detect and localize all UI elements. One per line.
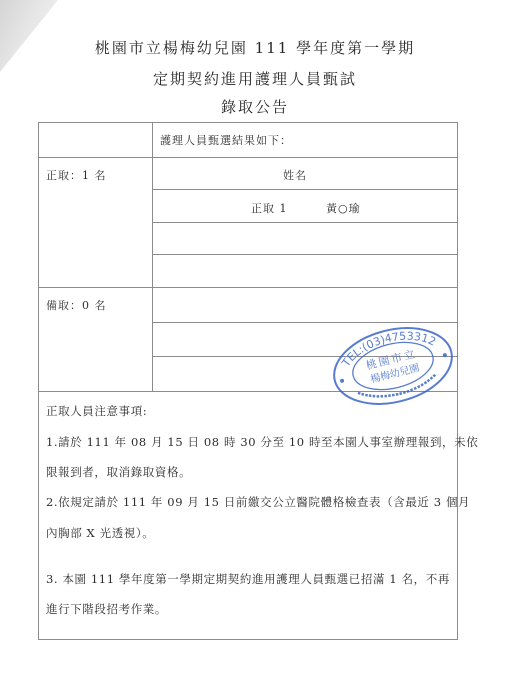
note-2-line1: 2.依規定請於 111 年 09 月 15 日前繳交公立醫院體格檢查表（含最近 …: [46, 494, 470, 510]
waitlist-count-label: 備取：0 名: [46, 297, 107, 313]
row-divider: [152, 322, 458, 323]
note-3-line1: 3. 本園 111 學年度第一學期定期契約進用護理人員甄選已招滿 1 名，不再: [46, 571, 450, 587]
name-column-header: 姓名: [283, 167, 307, 183]
row-divider: [38, 287, 458, 288]
row-divider: [152, 189, 458, 190]
announcement-heading: 錄取公告: [0, 96, 510, 117]
document-subtitle: 定期契約進用護理人員甄試: [0, 68, 510, 89]
notes-heading: 正取人員注意事項:: [46, 403, 147, 419]
note-1-line1: 1.請於 111 年 08 月 15 日 08 時 30 分至 10 時至本園人…: [46, 434, 478, 450]
row-divider: [152, 222, 458, 223]
page-fold-corner: [0, 0, 58, 72]
note-1-line2: 限報到者，取消錄取資格。: [46, 464, 191, 480]
note-3-line2: 進行下階段招考作業。: [46, 601, 167, 617]
column-divider: [152, 122, 153, 391]
row-divider: [152, 254, 458, 255]
admitted-name: 黃○瑜: [326, 200, 361, 216]
admitted-rank: 正取 1: [251, 200, 288, 216]
row-divider: [38, 157, 458, 158]
document-title: 桃園市立楊梅幼兒園 111 學年度第一學期: [0, 37, 510, 58]
note-2-line2: 內胸部 X 光透視）。: [46, 525, 154, 541]
results-intro: 護理人員甄選結果如下：: [160, 132, 292, 148]
admitted-count-label: 正取：1 名: [46, 167, 107, 183]
official-seal-stamp: TEL:(03)4753312 ▪▪▪▪▪▪▪▪▪▪▪▪▪▪▪▪▪▪▪▪▪▪ 桃…: [328, 324, 458, 408]
